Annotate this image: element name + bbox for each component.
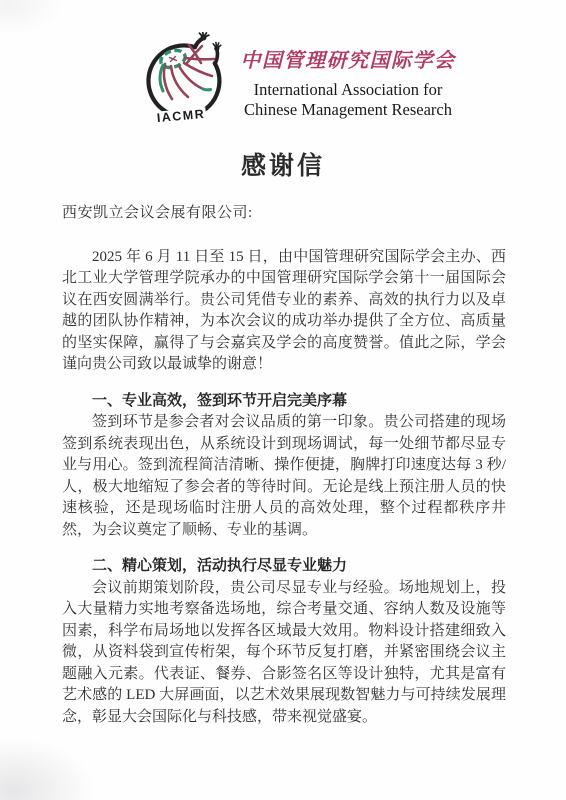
- iacmr-logo-icon: IACMR: [144, 32, 226, 128]
- section-2-paragraph: 会议前期策划阶段，贵公司尽显专业与经验。场地规划上，投入大量精力实地考察备选场地…: [62, 578, 506, 729]
- letter-body: 西安凯立会议会展有限公司: 2025 年 6 月 11 日至 15 日，由中国管…: [62, 203, 506, 728]
- letter-page: IACMR 中国管理研究国际学会 International Associati…: [0, 0, 566, 800]
- org-name-chinese: 中国管理研究国际学会: [228, 44, 468, 73]
- logo-wordmark: IACMR: [156, 107, 206, 125]
- org-name-english-line2: Chinese Management Research: [228, 100, 468, 120]
- section-2-heading: 二、精心策划，活动执行尽显专业魅力: [62, 556, 506, 578]
- org-name-english-line1: International Association for: [228, 80, 468, 100]
- salutation: 西安凯立会议会展有限公司:: [62, 203, 506, 225]
- section-1-paragraph: 签到环节是参会者对会议品质的第一印象。贵公司搭建的现场签到系统表现出色，从系统设…: [62, 412, 506, 541]
- letter-title: 感谢信: [0, 146, 566, 182]
- org-name-english: International Association for Chinese Ma…: [228, 80, 468, 120]
- section-1-heading: 一、专业高效，签到环节开启完美序幕: [62, 391, 506, 413]
- org-name-block: 中国管理研究国际学会 International Association for…: [228, 44, 468, 120]
- opening-paragraph: 2025 年 6 月 11 日至 15 日，由中国管理研究国际学会主办、西北工业…: [62, 247, 506, 376]
- letterhead: IACMR 中国管理研究国际学会 International Associati…: [0, 0, 566, 132]
- scan-smudge-bottom: [0, 738, 96, 800]
